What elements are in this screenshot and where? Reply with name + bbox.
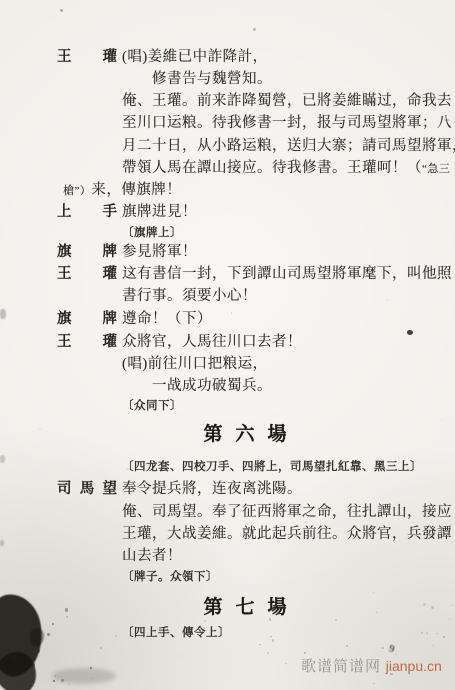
speck (16, 638, 17, 639)
speck (100, 647, 102, 649)
scene-heading: 第六場 (0, 423, 455, 447)
speck (373, 683, 375, 685)
line-text: 俺、司馬望。奉了征西將軍之命，往扎譚山，接应 (122, 503, 452, 521)
line-text: 这有書信一封，下到譚山司馬望將軍麾下，叫他照 (122, 265, 452, 283)
edge-mark (0, 540, 4, 546)
speck (390, 673, 392, 675)
speck (426, 632, 428, 634)
line-text: 〔四上手、傳令上〕 (122, 626, 230, 640)
speck (231, 312, 233, 314)
watermark-site-url: jianpu.cn (386, 658, 442, 674)
edge-mark (0, 309, 6, 319)
speck (127, 468, 129, 470)
line-text: 帶領人馬在譚山接应。待我修書。王瓘呵！（“急三 (122, 159, 450, 177)
speck (7, 649, 10, 652)
line-text: 月二十日，从小路运粮，送归大寨；請司馬望將軍， (122, 137, 455, 155)
line-text: 旗牌进見！ (122, 203, 197, 221)
scene-heading: 第七場 (0, 596, 455, 620)
speck (52, 623, 53, 624)
speck (421, 632, 423, 634)
speck (346, 645, 348, 647)
speck (443, 636, 445, 638)
line-text: 一战成功破蜀兵。 (152, 377, 272, 395)
watermark-site-name: 歌谱简谱网 (301, 659, 381, 675)
speck (253, 28, 256, 31)
speck (269, 618, 271, 620)
speck (39, 428, 41, 430)
line-text: 〔牌子。众領下〕 (122, 570, 218, 584)
speaker-name: 旗牌 (57, 310, 117, 328)
watermark: 歌谱简谱网 jianpu.cn (301, 655, 442, 676)
speck (285, 663, 286, 664)
line-text: 修書告与魏營知。 (152, 70, 272, 88)
speaker-name: 王瓘 (57, 333, 117, 351)
speck (47, 633, 50, 636)
line-text: 至川口运粮。待我修書一封，报与司馬望將軍；八 (122, 114, 452, 132)
speck (69, 684, 71, 686)
line-text: (唱)前往川口把粮运， (122, 355, 268, 373)
speck (53, 680, 55, 682)
speck (90, 667, 92, 669)
edge-mark (0, 455, 5, 463)
ink-blob (30, 628, 44, 646)
speck (270, 636, 272, 638)
ink-dot (407, 330, 413, 335)
speaker-name: 旗牌 (57, 243, 117, 261)
speck (387, 299, 388, 300)
speck (37, 649, 40, 652)
speck (272, 639, 274, 641)
speck (115, 635, 117, 637)
line-text: 众將官，人馬往川口去者！ (122, 333, 302, 351)
ink-blob (0, 652, 36, 690)
speck (436, 633, 437, 634)
line-text: 第七場 (203, 597, 299, 618)
speaker-name: 上手 (57, 203, 117, 221)
line-text: 奉令提兵將，连夜离洮陽。 (122, 480, 302, 498)
line-text: (唱)姜維已中詐降計， (122, 48, 268, 66)
speaker-name: 司馬望 (57, 480, 117, 498)
speck (335, 619, 337, 621)
line-text: 山去者！ (122, 547, 182, 565)
line-text: 〔旗牌上〕 (122, 226, 182, 240)
speck (17, 620, 19, 622)
speck (34, 686, 35, 687)
speck (441, 419, 443, 421)
speck (204, 620, 206, 622)
speck (181, 655, 182, 656)
line-text: 槍”）来，傳旗牌！ (63, 181, 181, 199)
speck (287, 329, 289, 331)
speck (381, 647, 383, 649)
speck (51, 188, 52, 189)
line-text: 第六場 (203, 424, 299, 445)
speaker-name: 王瓘 (57, 265, 117, 283)
speck (60, 9, 63, 12)
line-text: 〔众同下〕 (122, 399, 182, 413)
line-text: 参見將軍！ (122, 243, 197, 261)
speck (65, 608, 68, 611)
scanned-script-page: 王瓘(唱)姜維已中詐降計，修書告与魏營知。俺、王瓘。前来詐降蜀營，已將姜維瞞过，… (0, 0, 455, 690)
line-text: 書行事。須要小心！ (122, 287, 257, 305)
speck (259, 644, 260, 645)
speck (373, 592, 374, 593)
line-text: 遵命！（下） (122, 310, 212, 328)
line-text: 〔四龙套、四校刀手、四將上，司馬望扎紅靠、黑三上〕 (122, 460, 422, 474)
speck (419, 663, 421, 665)
speaker-name: 王瓘 (57, 48, 117, 66)
line-text: 俺、王瓘。前来詐降蜀營，已將姜維瞞过，命我去 (122, 92, 452, 110)
line-text: 王瓘，大战姜維。就此起兵前往。众將官，兵發譚 (122, 525, 452, 543)
speck (267, 652, 269, 654)
speck (444, 119, 450, 121)
speck (26, 649, 29, 652)
speck (203, 627, 205, 629)
speck (432, 645, 433, 646)
